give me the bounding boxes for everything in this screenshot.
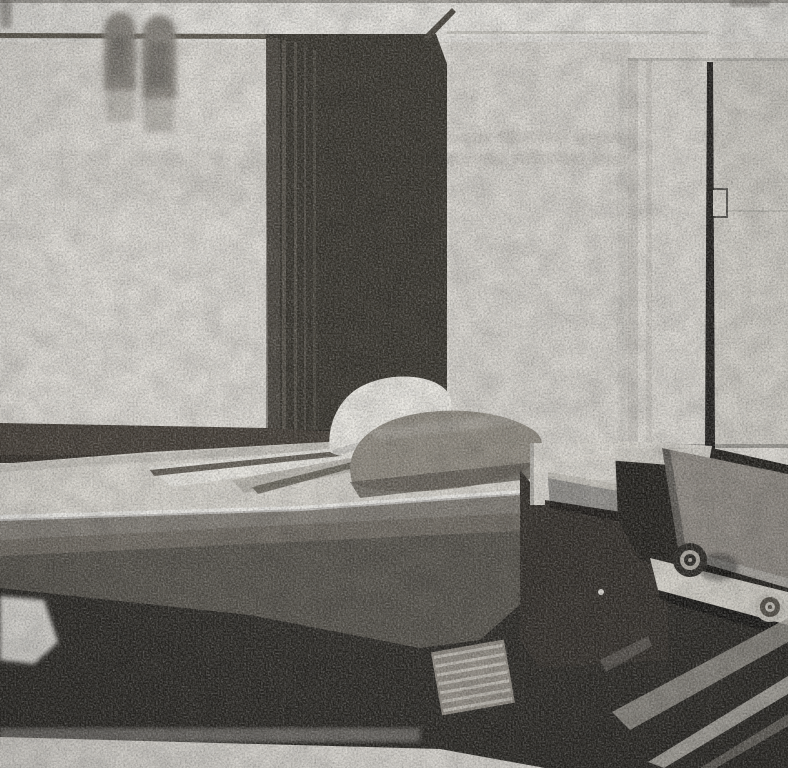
vignette-overlay	[0, 0, 788, 768]
photo-canvas	[0, 0, 788, 768]
